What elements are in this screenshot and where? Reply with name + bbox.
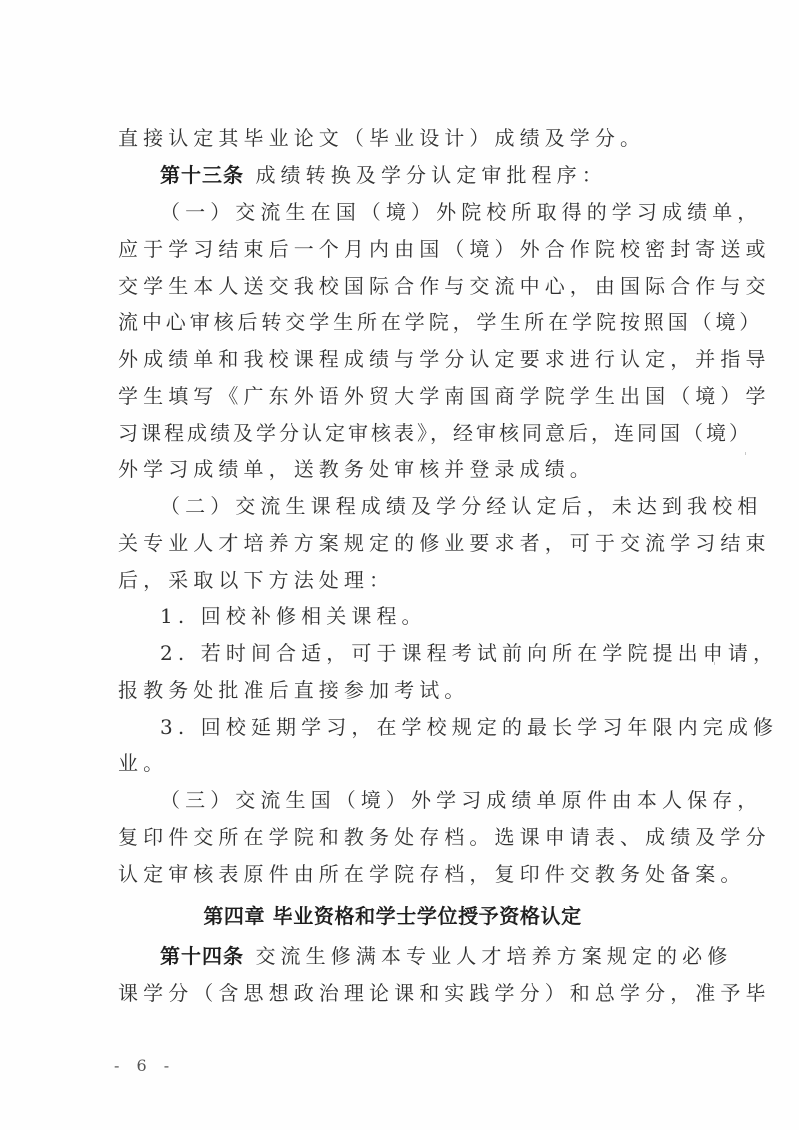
article-13-heading: 第十三条 成绩转换及学分认定审批程序： xyxy=(160,157,720,193)
article-title: 成绩转换及学分认定审批程序： xyxy=(244,163,607,187)
list-item: 1. 回校补修相关课程。 xyxy=(160,598,720,634)
paragraph-line: 课学分（含思想政治理论课和实践学分）和总学分，准予毕 xyxy=(118,975,678,1011)
chapter-heading: 第四章 毕业资格和学士学位授予资格认定 xyxy=(0,898,799,934)
page-number: - 6 - xyxy=(114,1056,175,1075)
paragraph-line: 后，采取以下方法处理： xyxy=(118,562,678,598)
paragraph-line: 习课程成绩及学分认定审核表》，经审核同意后，连同国（境） xyxy=(118,415,678,451)
paragraph-line: 交学生本人送交我校国际合作与交流中心，由国际合作与交 xyxy=(118,268,678,304)
paragraph-line: 外成绩单和我校课程成绩与学分认定要求进行认定，并指导 xyxy=(118,341,678,377)
article-14-heading: 第十四条 交流生修满本专业人才培养方案规定的必修 xyxy=(160,938,720,974)
list-item: 3. 回校延期学习，在学校规定的最长学习年限内完成修 xyxy=(160,709,720,745)
article-number: 第十四条 xyxy=(160,944,244,968)
article-text: 交流生修满本专业人才培养方案规定的必修 xyxy=(244,944,732,968)
paragraph-line: 学生填写《广东外语外贸大学南国商学院学生出国（境）学 xyxy=(118,378,678,414)
paragraph-line: 报教务处批准后直接参加考试。 xyxy=(118,672,678,708)
paragraph-line: 关专业人才培养方案规定的修业要求者，可于交流学习结束 xyxy=(118,525,678,561)
scan-artifact xyxy=(745,452,746,455)
paragraph-line: 应于学习结束后一个月内由国（境）外合作院校密封寄送或 xyxy=(118,231,678,267)
paragraph-line: 复印件交所在学院和教务处存档。选课申请表、成绩及学分 xyxy=(118,819,678,855)
paragraph-line: 流中心审核后转交学生所在学院，学生所在学院按照国（境） xyxy=(118,304,678,340)
paragraph-line: （三）交流生国（境）外学习成绩单原件由本人保存， xyxy=(160,782,720,818)
article-number: 第十三条 xyxy=(160,163,244,187)
paragraph-line: 直接认定其毕业论文（毕业设计）成绩及学分。 xyxy=(118,120,678,156)
paragraph-line: （二）交流生课程成绩及学分经认定后，未达到我校相 xyxy=(160,488,720,524)
scan-artifact xyxy=(714,662,715,665)
paragraph-line: （一）交流生在国（境）外院校所取得的学习成绩单， xyxy=(160,194,720,230)
document-page: 直接认定其毕业论文（毕业设计）成绩及学分。 第十三条 成绩转换及学分认定审批程序… xyxy=(0,0,799,1130)
list-item: 2. 若时间合适，可于课程考试前向所在学院提出申请， xyxy=(160,635,720,671)
paragraph-line: 外学习成绩单，送教务处审核并登录成绩。 xyxy=(118,451,678,487)
paragraph-line: 业。 xyxy=(118,745,678,781)
paragraph-line: 认定审核表原件由所在学院存档，复印件交教务处备案。 xyxy=(118,856,678,892)
